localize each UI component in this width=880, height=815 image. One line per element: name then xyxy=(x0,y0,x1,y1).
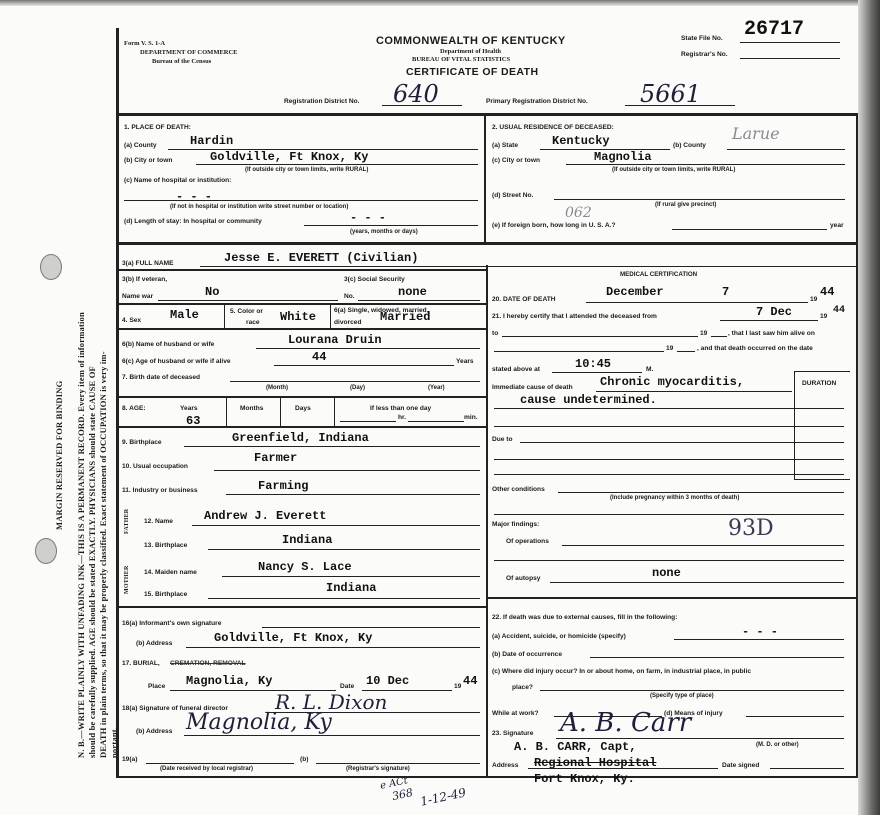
stay-note: (years, months or days) xyxy=(350,229,418,235)
due-to-label: Due to xyxy=(492,436,513,443)
death-occurred-text: , and that death occurred on the date xyxy=(697,345,813,352)
reg-district-line xyxy=(382,105,462,106)
war-label: Name war xyxy=(122,293,153,300)
marital-value: Married xyxy=(380,310,430,324)
birthplace-value: Greenfield, Indiana xyxy=(232,431,369,445)
marital-label-b: divorced xyxy=(334,319,361,326)
binding-hole-bottom xyxy=(35,538,57,564)
occupation-label: 10. Usual occupation xyxy=(122,463,188,470)
race-label-a: 5. Color or xyxy=(230,308,263,315)
dod-year: 44 xyxy=(820,285,834,299)
age-divider-3 xyxy=(334,396,335,426)
ss-value: none xyxy=(398,285,427,299)
to-line xyxy=(502,336,698,337)
birthdate-line xyxy=(230,381,480,382)
father-name-label: 12. Name xyxy=(144,518,173,525)
mother-name-line xyxy=(222,576,480,577)
rule-3b xyxy=(116,269,486,271)
address-label: Address xyxy=(492,762,518,769)
operations-line xyxy=(562,545,844,546)
birth-month-note: (Month) xyxy=(266,385,288,391)
primary-district-line xyxy=(625,105,735,106)
res-foreign-suffix: year xyxy=(830,222,844,229)
cause-2-line xyxy=(494,408,844,409)
other-conditions-line-2 xyxy=(494,514,844,515)
res-foreign-annotation: 062 xyxy=(565,205,592,221)
mother-name: Nancy S. Lace xyxy=(258,560,352,574)
rule-22 xyxy=(486,597,858,599)
veteran-label: 3(b) If veteran, xyxy=(122,276,167,283)
stay-value: - - - xyxy=(350,211,386,225)
cause-3-line xyxy=(494,426,844,427)
ss-line xyxy=(358,300,480,301)
duration-bottom-line xyxy=(794,479,850,480)
time-line xyxy=(552,372,642,373)
attend-year-prefix: 19 xyxy=(820,313,827,320)
saw-year-line xyxy=(677,351,695,352)
code-annotation: 93D xyxy=(728,516,774,541)
margin-instruction-3: DEATH in plain terms, so that it may be … xyxy=(98,351,108,758)
months-label: Months xyxy=(240,405,263,412)
full-name: Jesse E. EVERETT (Civilian) xyxy=(224,251,418,265)
certificate-title: CERTIFICATE OF DEATH xyxy=(406,66,538,78)
funeral-address-label: (b) Address xyxy=(136,728,172,735)
hr-line xyxy=(340,421,396,422)
physician-signature: A. B. Carr xyxy=(560,708,691,738)
mother-side-label: MOTHER xyxy=(124,565,130,594)
left-rule xyxy=(116,28,119,778)
less-day-label: If less than one day xyxy=(370,405,431,412)
burial-year-prefix: 19 xyxy=(454,683,461,690)
margin-reserved-text: MARGIN RESERVED FOR BINDING xyxy=(54,381,64,530)
registrar-b-label: (b) xyxy=(300,756,308,763)
res-foreign-line xyxy=(672,229,827,230)
age-label: 8. AGE: xyxy=(122,405,146,412)
death-certificate: MARGIN RESERVED FOR BINDING N. B.—WRITE … xyxy=(0,0,880,815)
stay-line xyxy=(304,225,478,226)
sex-value: Male xyxy=(170,308,199,322)
attend-label: 21. I hereby certify that I attended the… xyxy=(492,313,657,320)
death-city-note: (If outside city or town limits, write R… xyxy=(245,167,368,173)
occupation-value: Farmer xyxy=(254,451,297,465)
reg-district-label: Registration District No. xyxy=(284,98,359,105)
residence-title: 2. USUAL RESIDENCE OF DECEASED: xyxy=(492,124,614,131)
date-signed-line xyxy=(770,768,844,769)
signature-line xyxy=(556,738,844,739)
hospital-note: (If not in hospital or institution write… xyxy=(170,204,348,210)
other-conditions-label: Other conditions xyxy=(492,486,545,493)
father-name: Andrew J. Everett xyxy=(204,509,326,523)
attend-from: 7 Dec xyxy=(756,305,792,319)
autopsy-value: none xyxy=(652,566,681,580)
war-line xyxy=(158,300,338,301)
father-birthplace-line xyxy=(208,549,480,550)
scan-edge-top xyxy=(0,0,880,6)
res-foreign-label: (e) If foreign born, how long in U. S. A… xyxy=(492,222,616,229)
res-street-label: (d) Street No. xyxy=(492,192,533,199)
res-county: Larue xyxy=(732,124,780,143)
operations-label: Of operations xyxy=(506,538,549,545)
due-to-line xyxy=(520,442,844,443)
stay-label: (d) Length of stay: In hospital or commu… xyxy=(124,218,262,225)
hospital-label: (c) Name of hospital or institution: xyxy=(124,177,231,184)
spouse-label: 6(b) Name of husband or wife xyxy=(122,341,214,348)
reg-district-number: 640 xyxy=(393,80,439,108)
margin-instruction-1: N. B.—WRITE PLAINLY WITH UNFADING INK—TH… xyxy=(76,312,86,758)
cause-2: cause undetermined. xyxy=(520,393,657,407)
binding-hole-top xyxy=(40,254,62,280)
autopsy-label: Of autopsy xyxy=(506,575,540,582)
other-conditions-line xyxy=(558,492,844,493)
burial-place: Magnolia, Ky xyxy=(186,674,272,688)
accident-line xyxy=(674,639,844,640)
funeral-address-line xyxy=(184,735,480,736)
res-state: Kentucky xyxy=(552,134,610,148)
time-of-death: 10:45 xyxy=(575,357,611,371)
saw-alive-line xyxy=(494,351,664,352)
min-line xyxy=(408,421,464,422)
occurrence-label: (b) Date of occurrence xyxy=(492,651,562,658)
state-file-label: State File No. xyxy=(681,35,723,42)
top-rule xyxy=(116,113,858,116)
death-county: Hardin xyxy=(190,134,233,148)
res-street-line xyxy=(554,199,845,200)
date-signed-label: Date signed xyxy=(722,762,759,769)
father-birthplace: Indiana xyxy=(282,533,332,547)
attend-from-line xyxy=(720,320,818,321)
margin-instruction-2: should be carefully supplied. AGE should… xyxy=(87,366,97,758)
rule-6b xyxy=(116,328,486,330)
industry-line xyxy=(226,494,480,495)
death-county-label: (a) County xyxy=(124,142,157,149)
burial-place-label: Place xyxy=(148,683,165,690)
res-state-label: (a) State xyxy=(492,142,518,149)
dod-day: 7 xyxy=(722,285,729,299)
sex-divider xyxy=(224,303,225,328)
primary-district-number: 5661 xyxy=(640,80,701,108)
signer-address-2: Fort Knox, Ky. xyxy=(534,772,635,786)
dod-month: December xyxy=(606,285,664,299)
time-suffix: M. xyxy=(646,366,653,373)
medical-title: MEDICAL CERTIFICATION xyxy=(620,271,697,278)
hr-label: hr. xyxy=(398,414,406,421)
form-number: Form V. S. 1-A xyxy=(124,40,165,47)
industry-value: Farming xyxy=(258,479,308,493)
cause-1-line xyxy=(596,391,792,392)
saw-year-prefix: 19 xyxy=(666,345,673,352)
binding-margin: MARGIN RESERVED FOR BINDING N. B.—WRITE … xyxy=(18,30,110,770)
father-side-label: FATHER xyxy=(124,509,130,534)
birthplace-label: 9. Birthplace xyxy=(122,439,162,446)
accident-value: - - - xyxy=(742,625,778,639)
saw-alive-text: , that I last saw him alive on xyxy=(728,330,815,337)
res-county-line xyxy=(727,149,845,150)
days-label: Days xyxy=(295,405,311,412)
full-name-label: 3(a) FULL NAME xyxy=(122,260,174,267)
mid-divider xyxy=(486,265,488,776)
other-conditions-note: (Include pregnancy within 3 months of de… xyxy=(610,495,739,501)
burial-year: 44 xyxy=(463,674,477,688)
place-of-death-title: 1. PLACE OF DEATH: xyxy=(124,124,191,131)
age-divider-2 xyxy=(280,396,281,426)
death-city-line xyxy=(196,164,478,165)
mother-birthplace-line xyxy=(208,598,480,599)
mother-birthplace-label: 15. Birthplace xyxy=(144,591,187,598)
bottom-rule xyxy=(116,776,858,778)
dod-label: 20. DATE OF DEATH xyxy=(492,296,556,303)
place-label: place? xyxy=(512,684,533,691)
where-label: (c) Where did injury occur? In or about … xyxy=(492,668,751,675)
cause-1: Chronic myocarditis, xyxy=(600,375,744,389)
res-county-label: (b) County xyxy=(673,142,706,149)
right-rule xyxy=(856,113,858,778)
duration-top-line xyxy=(794,371,850,372)
place-note: (Specify type of place) xyxy=(650,693,714,699)
state-file-number: 26717 xyxy=(744,18,804,41)
informant-address-line xyxy=(186,647,480,648)
bureau-census: Bureau of the Census xyxy=(152,58,211,65)
to-year-line xyxy=(711,336,727,337)
age-divider-1 xyxy=(226,396,227,426)
operations-line-2 xyxy=(494,560,844,561)
registrar-sig-line xyxy=(316,763,480,764)
registrar-date-line xyxy=(146,763,294,764)
hospital-value: - - - xyxy=(176,190,212,204)
res-city-label: (c) City or town xyxy=(492,157,540,164)
informant-address-label: (b) Address xyxy=(136,640,172,647)
due-to-line-3 xyxy=(494,474,844,475)
stated-label: stated above at xyxy=(492,366,540,373)
at-work-label: While at work? xyxy=(492,710,539,717)
due-to-line-2 xyxy=(494,459,844,460)
rule-4 xyxy=(116,303,486,305)
industry-label: 11. Industry or business xyxy=(122,487,198,494)
section-rule xyxy=(116,242,858,245)
place-line xyxy=(540,690,844,691)
burial-label: 17. BURIAL, xyxy=(122,660,160,667)
ss-label: 3(c) Social Security xyxy=(344,276,405,283)
external-label: 22. If death was due to external causes,… xyxy=(492,614,677,621)
spouse-line xyxy=(256,348,480,349)
duration-label: DURATION xyxy=(802,380,836,387)
sex-label: 4. Sex xyxy=(122,317,141,324)
footer-annotation-2: 368 xyxy=(391,786,414,803)
commonwealth-title: COMMONWEALTH OF KENTUCKY xyxy=(376,35,566,47)
dod-year-prefix: 19 xyxy=(810,296,817,303)
full-name-line xyxy=(200,266,856,267)
war-value: No xyxy=(205,285,219,299)
spouse-value: Lourana Druin xyxy=(288,333,382,347)
res-city-line xyxy=(566,164,845,165)
registrar-sig-note: (Registrar's signature) xyxy=(346,766,410,772)
spouse-age-suffix: Years xyxy=(456,358,474,365)
res-city-note: (If outside city or town limits, write R… xyxy=(612,167,735,173)
occupation-line xyxy=(214,470,480,471)
burial-date-label: Date xyxy=(340,683,354,690)
registrar-date-note: (Date received by local registrar) xyxy=(160,766,253,772)
death-city: Goldville, Ft Knox, Ky xyxy=(210,150,368,164)
top-divider xyxy=(484,113,486,243)
ss-no-label: No. xyxy=(344,293,355,300)
rule-16 xyxy=(116,606,486,608)
signature-label: 23. Signature xyxy=(492,730,533,737)
cause-label: Immediate cause of death xyxy=(492,384,573,391)
birthplace-line xyxy=(184,446,480,447)
signer-typed: A. B. CARR, Capt, xyxy=(514,740,636,754)
occurrence-line xyxy=(590,657,844,658)
burial-date: 10 Dec xyxy=(366,674,409,688)
informant-label: 16(a) Informant's own signature xyxy=(122,620,221,627)
registrar-line xyxy=(740,58,840,59)
autopsy-line xyxy=(550,582,844,583)
rule-9 xyxy=(116,426,486,428)
footer-annotation-3: 1-12-49 xyxy=(419,785,467,808)
spouse-age: 44 xyxy=(312,350,326,364)
hospital-line xyxy=(124,200,478,201)
major-findings-label: Major findings: xyxy=(492,521,539,528)
race-divider xyxy=(330,303,331,328)
burial-struck: CREMATION, REMOVAL xyxy=(170,660,246,667)
father-birthplace-label: 13. Birthplace xyxy=(144,542,187,549)
min-label: min. xyxy=(464,414,478,421)
mother-birthplace: Indiana xyxy=(326,581,376,595)
father-name-line xyxy=(192,525,480,526)
race-value: White xyxy=(280,310,316,324)
race-label-b: race xyxy=(246,319,260,326)
state-file-line xyxy=(740,42,840,43)
md-note: (M. D. or other) xyxy=(756,742,799,748)
birth-year-note: (Year) xyxy=(428,385,445,391)
means-line xyxy=(746,716,844,717)
death-city-label: (b) City or town xyxy=(124,157,172,164)
spouse-age-line xyxy=(274,365,454,366)
address-line xyxy=(528,768,718,769)
duration-divider xyxy=(794,371,795,479)
primary-district-label: Primary Registration District No. xyxy=(486,98,588,105)
registrar-19a-label: 19(a) xyxy=(122,756,137,763)
informant-address: Goldville, Ft Knox, Ky xyxy=(214,631,372,645)
scan-edge-right xyxy=(858,0,880,815)
mother-name-label: 14. Maiden name xyxy=(144,569,197,576)
dept-health: Department of Health xyxy=(440,48,501,55)
spouse-age-label: 6(c) Age of husband or wife if alive xyxy=(122,358,231,365)
to-year-prefix: 19 xyxy=(700,330,707,337)
res-city: Magnolia xyxy=(594,150,652,164)
rule-8 xyxy=(116,396,486,398)
res-street-note: (If rural give precinct) xyxy=(655,202,716,208)
attend-year: 44 xyxy=(833,305,845,316)
birthdate-label: 7. Birth date of deceased xyxy=(122,374,200,381)
years-label: Years xyxy=(180,405,198,412)
registrar-label: Registrar's No. xyxy=(681,51,728,58)
bureau-vital: BUREAU OF VITAL STATISTICS xyxy=(412,56,510,63)
birth-day-note: (Day) xyxy=(350,385,365,391)
to-label: to xyxy=(492,330,498,337)
informant-line xyxy=(262,627,480,628)
accident-label: (a) Accident, suicide, or homicide (spec… xyxy=(492,633,626,640)
dept-commerce: DEPARTMENT OF COMMERCE xyxy=(140,49,238,56)
dod-line xyxy=(586,302,808,303)
funeral-address: Magnolia, Ky xyxy=(186,710,332,735)
